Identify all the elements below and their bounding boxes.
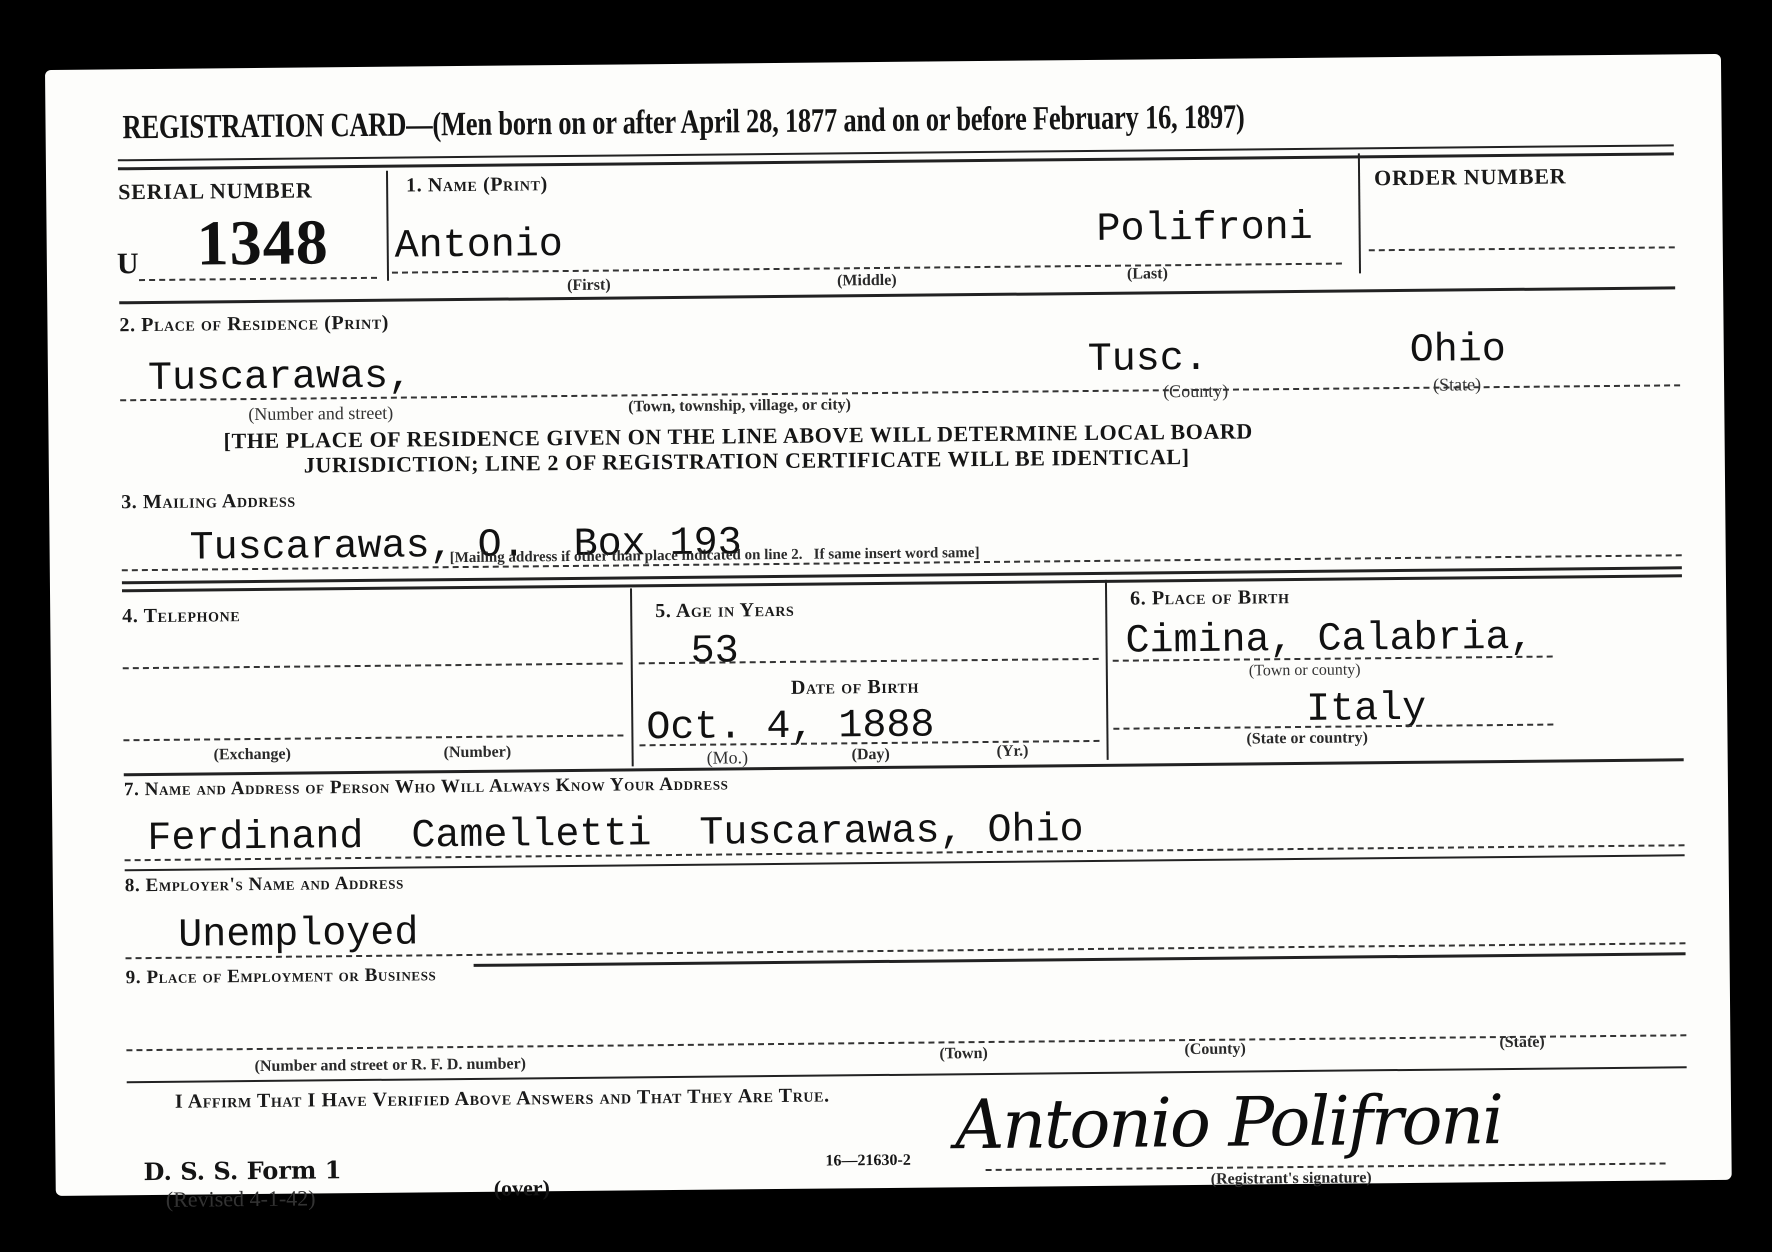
- order-number-label: ORDER NUMBER: [1374, 163, 1567, 191]
- section8-rule: [474, 952, 1686, 967]
- county-sublabel: (County): [1163, 381, 1228, 403]
- serial-prefix: U: [117, 247, 139, 281]
- first-sublabel: (First): [567, 277, 611, 295]
- form-revised: (Revised 4-1-42): [166, 1185, 316, 1212]
- residence-state-value[interactable]: Ohio: [1410, 328, 1506, 374]
- last-name-value[interactable]: Polifroni: [1096, 206, 1312, 253]
- age-divider: [1105, 580, 1109, 760]
- first-name-value[interactable]: Antonio: [395, 223, 563, 270]
- telephone-label: 4. Telephone: [122, 604, 240, 628]
- serial-number-value[interactable]: 1348: [196, 205, 329, 280]
- section6-rule: [124, 758, 1684, 776]
- number-sublabel: (Number): [443, 744, 511, 763]
- telephone-divider: [630, 588, 634, 766]
- mailing-rule-bottom: [122, 574, 1682, 592]
- month-sublabel: (Mo.): [707, 747, 749, 768]
- last-sublabel: (Last): [1127, 265, 1168, 283]
- employer-label: 8. Employer's Name and Address: [125, 873, 404, 898]
- order-number-line: [1369, 246, 1675, 251]
- birthplace-label: 6. Place of Birth: [1130, 586, 1290, 611]
- birthplace-country-sublabel: (State or country): [1246, 729, 1368, 748]
- age-value[interactable]: 53: [690, 629, 738, 674]
- day-sublabel: (Day): [852, 746, 890, 764]
- dob-label: Date of Birth: [791, 676, 919, 700]
- telephone-line-2: [123, 734, 623, 741]
- form-name: D. S. S. Form 1: [143, 1155, 341, 1186]
- section1-rule: [119, 286, 1675, 304]
- birthplace-town-sublabel: (Town or county): [1249, 661, 1361, 680]
- year-sublabel: (Yr.): [997, 743, 1029, 761]
- signature-sublabel: (Registrant's signature): [1211, 1169, 1372, 1189]
- town-sublabel: (Town, township, village, or city): [628, 396, 851, 416]
- serial-divider: [386, 171, 389, 281]
- order-divider: [1358, 153, 1361, 273]
- title-rule-top: [118, 144, 1674, 161]
- over-label: (over): [494, 1175, 550, 1202]
- age-label: 5. Age in Years: [655, 599, 794, 623]
- employment-street-sublabel: (Number and street or R. F. D. number): [254, 1055, 526, 1076]
- exchange-sublabel: (Exchange): [214, 746, 291, 765]
- employment-county-sublabel: (County): [1184, 1041, 1246, 1060]
- employment-town-sublabel: (Town): [939, 1045, 987, 1063]
- residence-county-value[interactable]: Tusc.: [1088, 337, 1208, 383]
- affirmation-text: I Affirm That I Have Verified Above Answ…: [175, 1085, 830, 1114]
- name-label: 1. Name (Print): [406, 173, 548, 197]
- print-code: 16—21630-2: [825, 1152, 910, 1171]
- middle-sublabel: (Middle): [837, 272, 897, 291]
- state-sublabel: (State): [1433, 374, 1481, 395]
- registration-card: REGISTRATION CARD—(Men born on or after …: [45, 54, 1732, 1196]
- registrant-signature[interactable]: Antonio Polifroni: [955, 1081, 1503, 1165]
- residence-street-value[interactable]: Tuscarawas,: [148, 354, 412, 402]
- employment-state-sublabel: (State): [1499, 1034, 1544, 1052]
- serial-number-label: SERIAL NUMBER: [118, 177, 313, 205]
- card-title: REGISTRATION CARD—(Men born on or after …: [122, 98, 1244, 147]
- residence-label: 2. Place of Residence (Print): [119, 312, 389, 338]
- employment-place-label: 9. Place of Employment or Business: [126, 964, 437, 989]
- employment-place-line: [126, 1034, 1686, 1051]
- street-sublabel: (Number and street): [248, 403, 393, 425]
- mailing-label: 3. Mailing Address: [121, 490, 296, 515]
- telephone-line-1: [123, 662, 623, 669]
- serial-line: [139, 277, 377, 281]
- employer-value[interactable]: Unemployed: [178, 911, 418, 958]
- contact-person-label: 7. Name and Address of Person Who Will A…: [124, 773, 729, 801]
